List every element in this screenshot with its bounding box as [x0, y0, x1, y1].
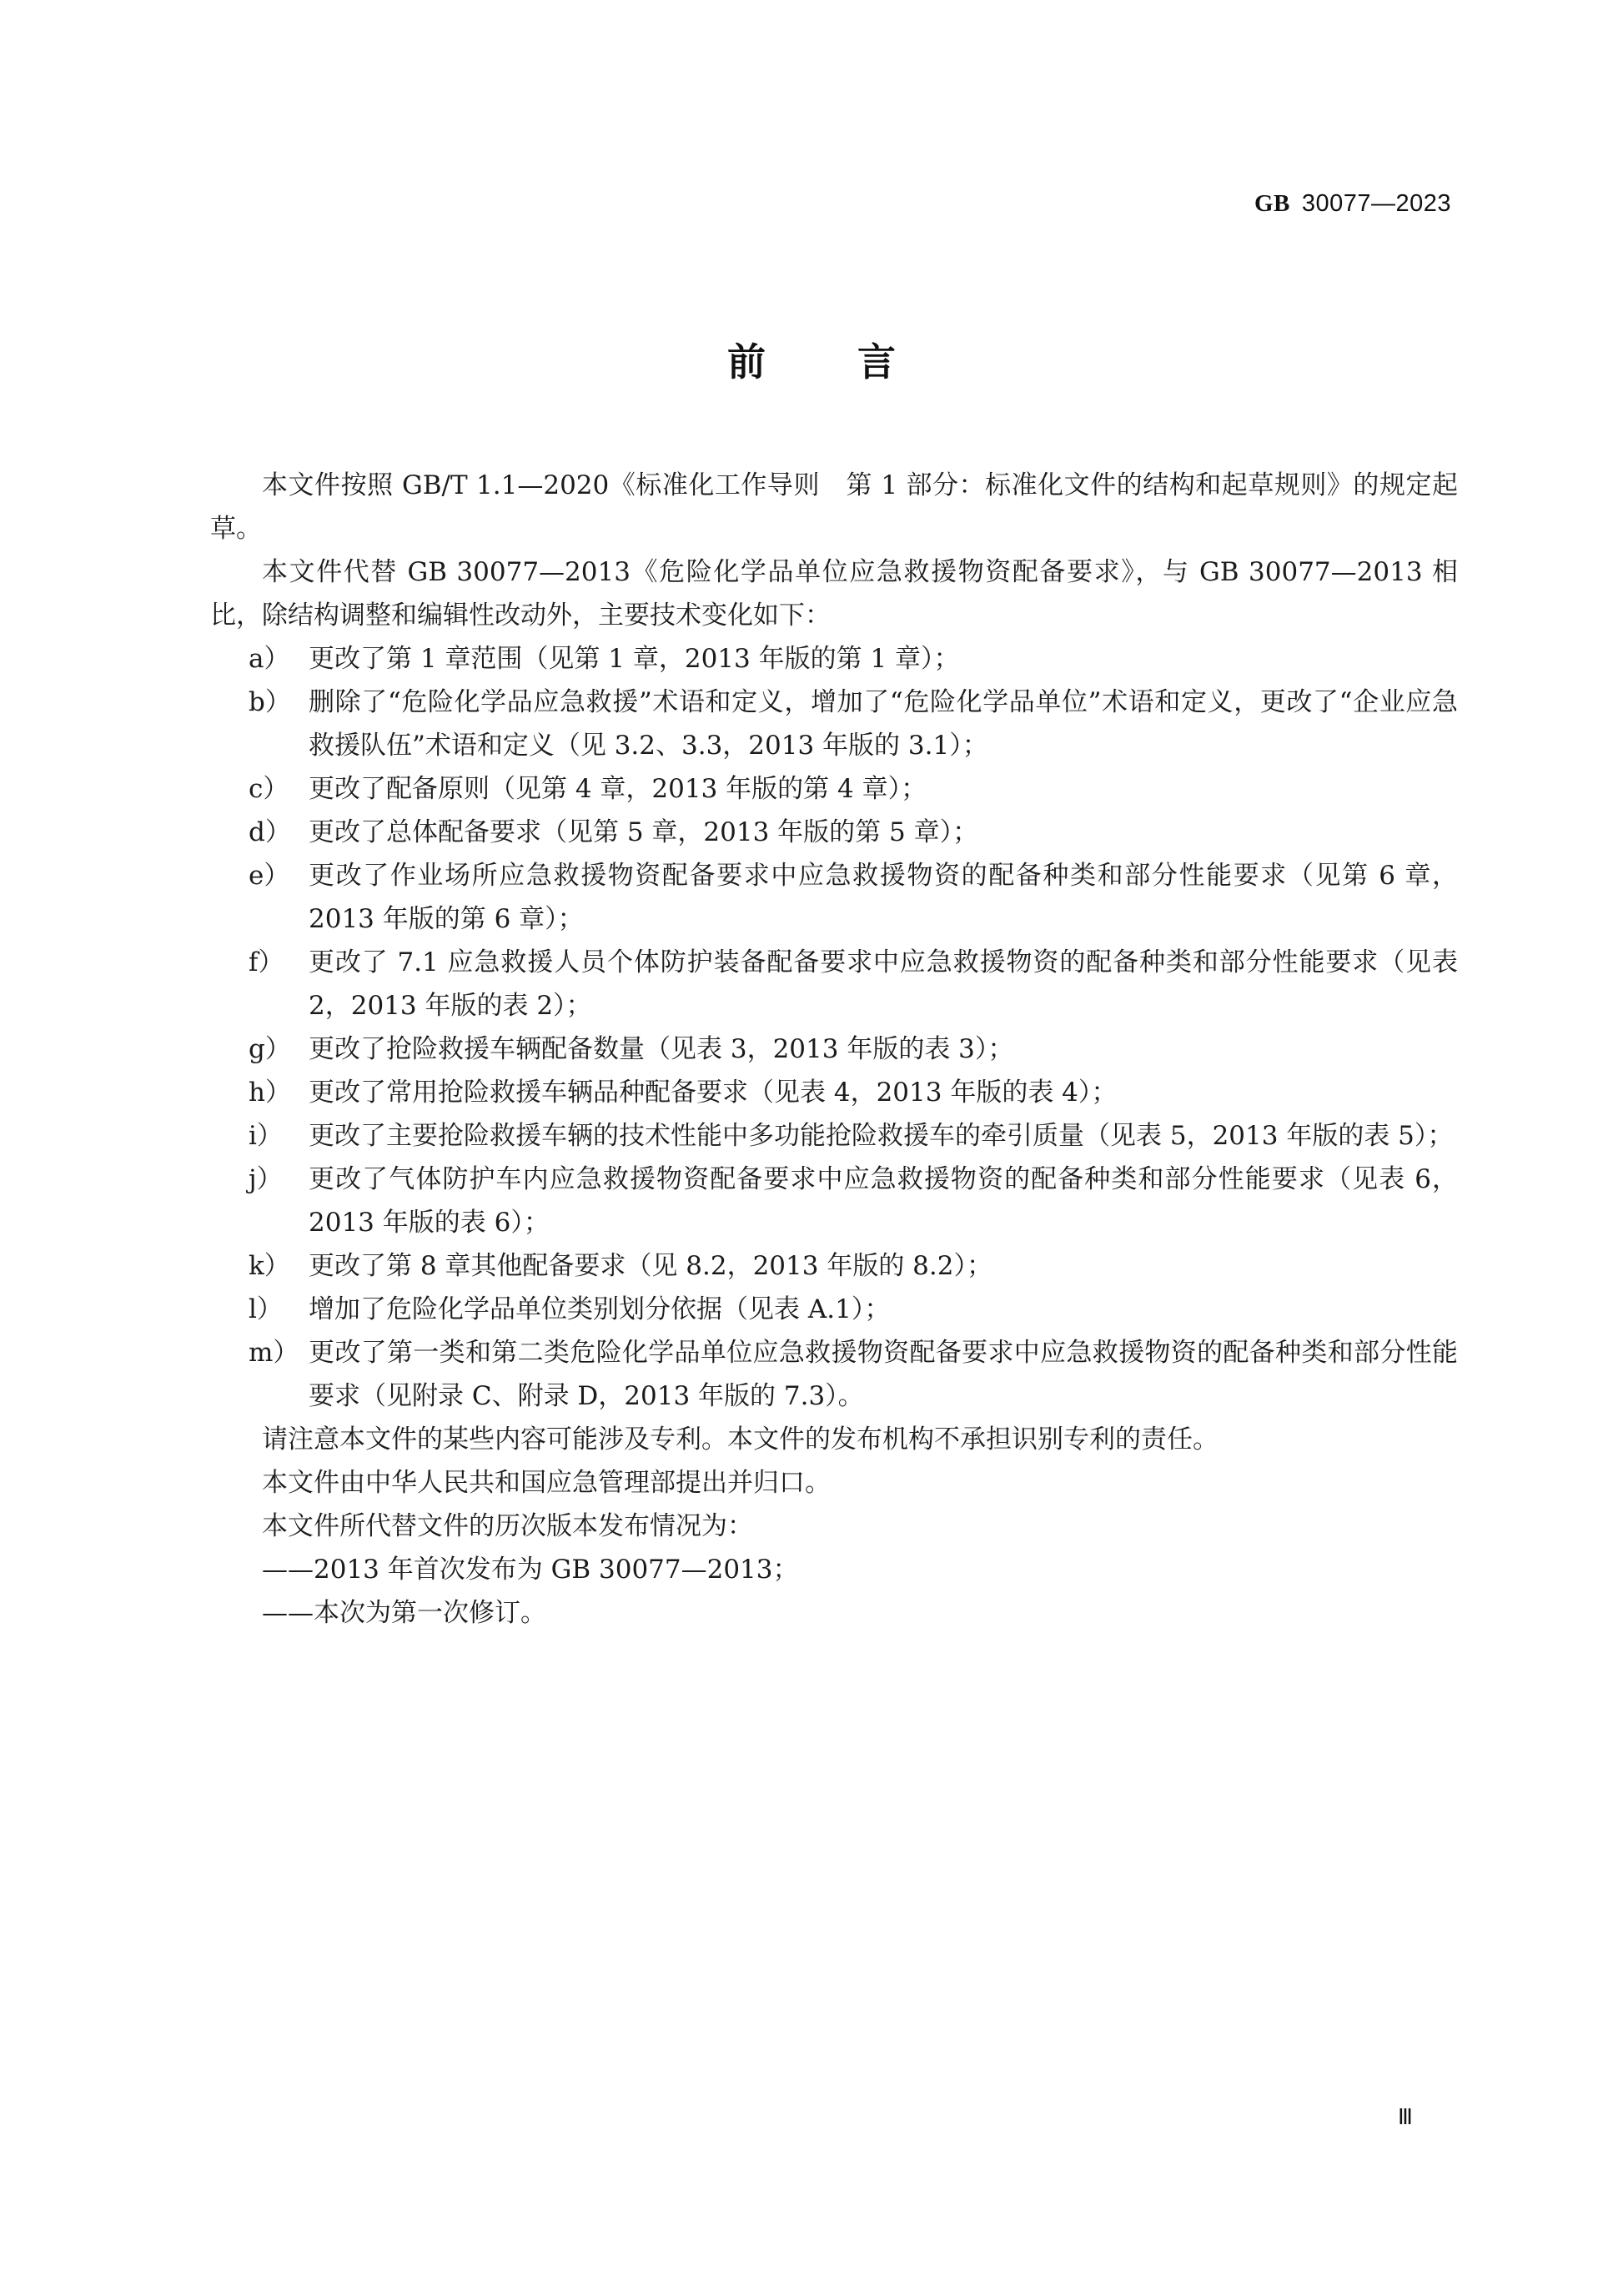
- list-item: l）增加了危险化学品单位类别划分依据（见表 A.1）；: [210, 1288, 1458, 1331]
- list-item-text: 更改了主要抢险救援车辆的技术性能中多功能抢险救援车的牵引质量（见表 5，2013…: [309, 1121, 1453, 1151]
- list-item-text: 更改了第 8 章其他配备要求（见 8.2，2013 年版的 8.2）；: [309, 1251, 992, 1281]
- list-item: h）更改了常用抢险救援车辆品种配备要求（见表 4，2013 年版的表 4）；: [210, 1071, 1458, 1114]
- list-item-label: b）: [249, 681, 291, 724]
- list-item-label: l）: [249, 1288, 283, 1331]
- title-char-1: 前: [727, 332, 766, 387]
- list-item-text: 更改了第一类和第二类危险化学品单位应急救援物资配备要求中应急救援物资的配备种类和…: [309, 1338, 1458, 1411]
- list-item: c）更改了配备原则（见第 4 章，2013 年版的第 4 章）；: [210, 767, 1458, 811]
- changes-list: a）更改了第 1 章范围（见第 1 章，2013 年版的第 1 章）； b）删除…: [210, 637, 1458, 1418]
- list-item-text: 更改了气体防护车内应急救援物资配备要求中应急救援物资的配备种类和部分性能要求（见…: [309, 1164, 1458, 1238]
- title-char-2: 言: [857, 332, 896, 387]
- history-list: ——2013 年首次发布为 GB 30077—2013； ——本次为第一次修订。: [210, 1548, 1458, 1635]
- list-item: g）更改了抢险救援车辆配备数量（见表 3，2013 年版的表 3）；: [210, 1027, 1458, 1071]
- list-item-label: e）: [249, 854, 289, 897]
- list-item-text: 更改了抢险救援车辆配备数量（见表 3，2013 年版的表 3）；: [309, 1034, 1013, 1064]
- paragraph-replacement: 本文件代替 GB 30077—2013《危险化学品单位应急救援物资配备要求》，与…: [210, 550, 1458, 637]
- list-item-text: 更改了配备原则（见第 4 章，2013 年版的第 4 章）；: [309, 774, 927, 804]
- list-item: m）更改了第一类和第二类危险化学品单位应急救援物资配备要求中应急救援物资的配备种…: [210, 1331, 1458, 1418]
- list-item-text: 更改了 7.1 应急救援人员个体防护装备配备要求中应急救援物资的配备种类和部分性…: [309, 947, 1458, 1021]
- list-item: b）删除了“危险化学品应急救援”术语和定义，增加了“危险化学品单位”术语和定义，…: [210, 681, 1458, 767]
- list-item: j）更改了气体防护车内应急救援物资配备要求中应急救援物资的配备种类和部分性能要求…: [210, 1158, 1458, 1244]
- foreword-body: 本文件按照 GB/T 1.1—2020《标准化工作导则 第 1 部分：标准化文件…: [210, 464, 1458, 1635]
- history-item: ——本次为第一次修订。: [210, 1591, 1458, 1635]
- page-number: Ⅲ: [1398, 2105, 1413, 2130]
- paragraph-proposer: 本文件由中华人民共和国应急管理部提出并归口。: [210, 1461, 1458, 1505]
- list-item-label: d）: [249, 811, 291, 854]
- list-item-text: 删除了“危险化学品应急救援”术语和定义，增加了“危险化学品单位”术语和定义，更改…: [309, 687, 1458, 761]
- history-item: ——2013 年首次发布为 GB 30077—2013；: [210, 1548, 1458, 1591]
- standard-code-header: GB30077—2023: [1254, 190, 1451, 218]
- list-item-label: a）: [249, 637, 289, 681]
- list-item-label: k）: [249, 1244, 290, 1288]
- list-item-text: 更改了总体配备要求（见第 5 章，2013 年版的第 5 章）；: [309, 817, 978, 847]
- list-item-label: h）: [249, 1071, 291, 1114]
- list-item-label: f）: [249, 941, 284, 984]
- document-page: GB30077—2023 前言 本文件按照 GB/T 1.1—2020《标准化工…: [0, 0, 1623, 2296]
- list-item: k）更改了第 8 章其他配备要求（见 8.2，2013 年版的 8.2）；: [210, 1244, 1458, 1288]
- standard-number: 30077—2023: [1302, 190, 1451, 217]
- list-item-text: 更改了第 1 章范围（见第 1 章，2013 年版的第 1 章）；: [309, 644, 960, 674]
- paragraph-patent-notice: 请注意本文件的某些内容可能涉及专利。本文件的发布机构不承担识别专利的责任。: [210, 1418, 1458, 1461]
- list-item: i）更改了主要抢险救援车辆的技术性能中多功能抢险救援车的牵引质量（见表 5，20…: [210, 1114, 1458, 1158]
- paragraph-history-intro: 本文件所代替文件的历次版本发布情况为：: [210, 1505, 1458, 1548]
- list-item-text: 增加了危险化学品单位类别划分依据（见表 A.1）；: [309, 1294, 890, 1324]
- standard-prefix: GB: [1254, 190, 1290, 217]
- list-item-text: 更改了常用抢险救援车辆品种配备要求（见表 4，2013 年版的表 4）；: [309, 1078, 1117, 1108]
- list-item: f）更改了 7.1 应急救援人员个体防护装备配备要求中应急救援物资的配备种类和部…: [210, 941, 1458, 1027]
- list-item: e）更改了作业场所应急救援物资配备要求中应急救援物资的配备种类和部分性能要求（见…: [210, 854, 1458, 941]
- list-item: a）更改了第 1 章范围（见第 1 章，2013 年版的第 1 章）；: [210, 637, 1458, 681]
- list-item: d）更改了总体配备要求（见第 5 章，2013 年版的第 5 章）；: [210, 811, 1458, 854]
- list-item-label: g）: [249, 1027, 291, 1071]
- list-item-text: 更改了作业场所应急救援物资配备要求中应急救援物资的配备种类和部分性能要求（见第 …: [309, 861, 1458, 934]
- list-item-label: m）: [249, 1331, 299, 1374]
- list-item-label: j）: [249, 1158, 283, 1201]
- page-title: 前言: [0, 332, 1623, 387]
- list-item-label: c）: [249, 767, 289, 811]
- paragraph-drafting-basis: 本文件按照 GB/T 1.1—2020《标准化工作导则 第 1 部分：标准化文件…: [210, 464, 1458, 550]
- list-item-label: i）: [249, 1114, 283, 1158]
